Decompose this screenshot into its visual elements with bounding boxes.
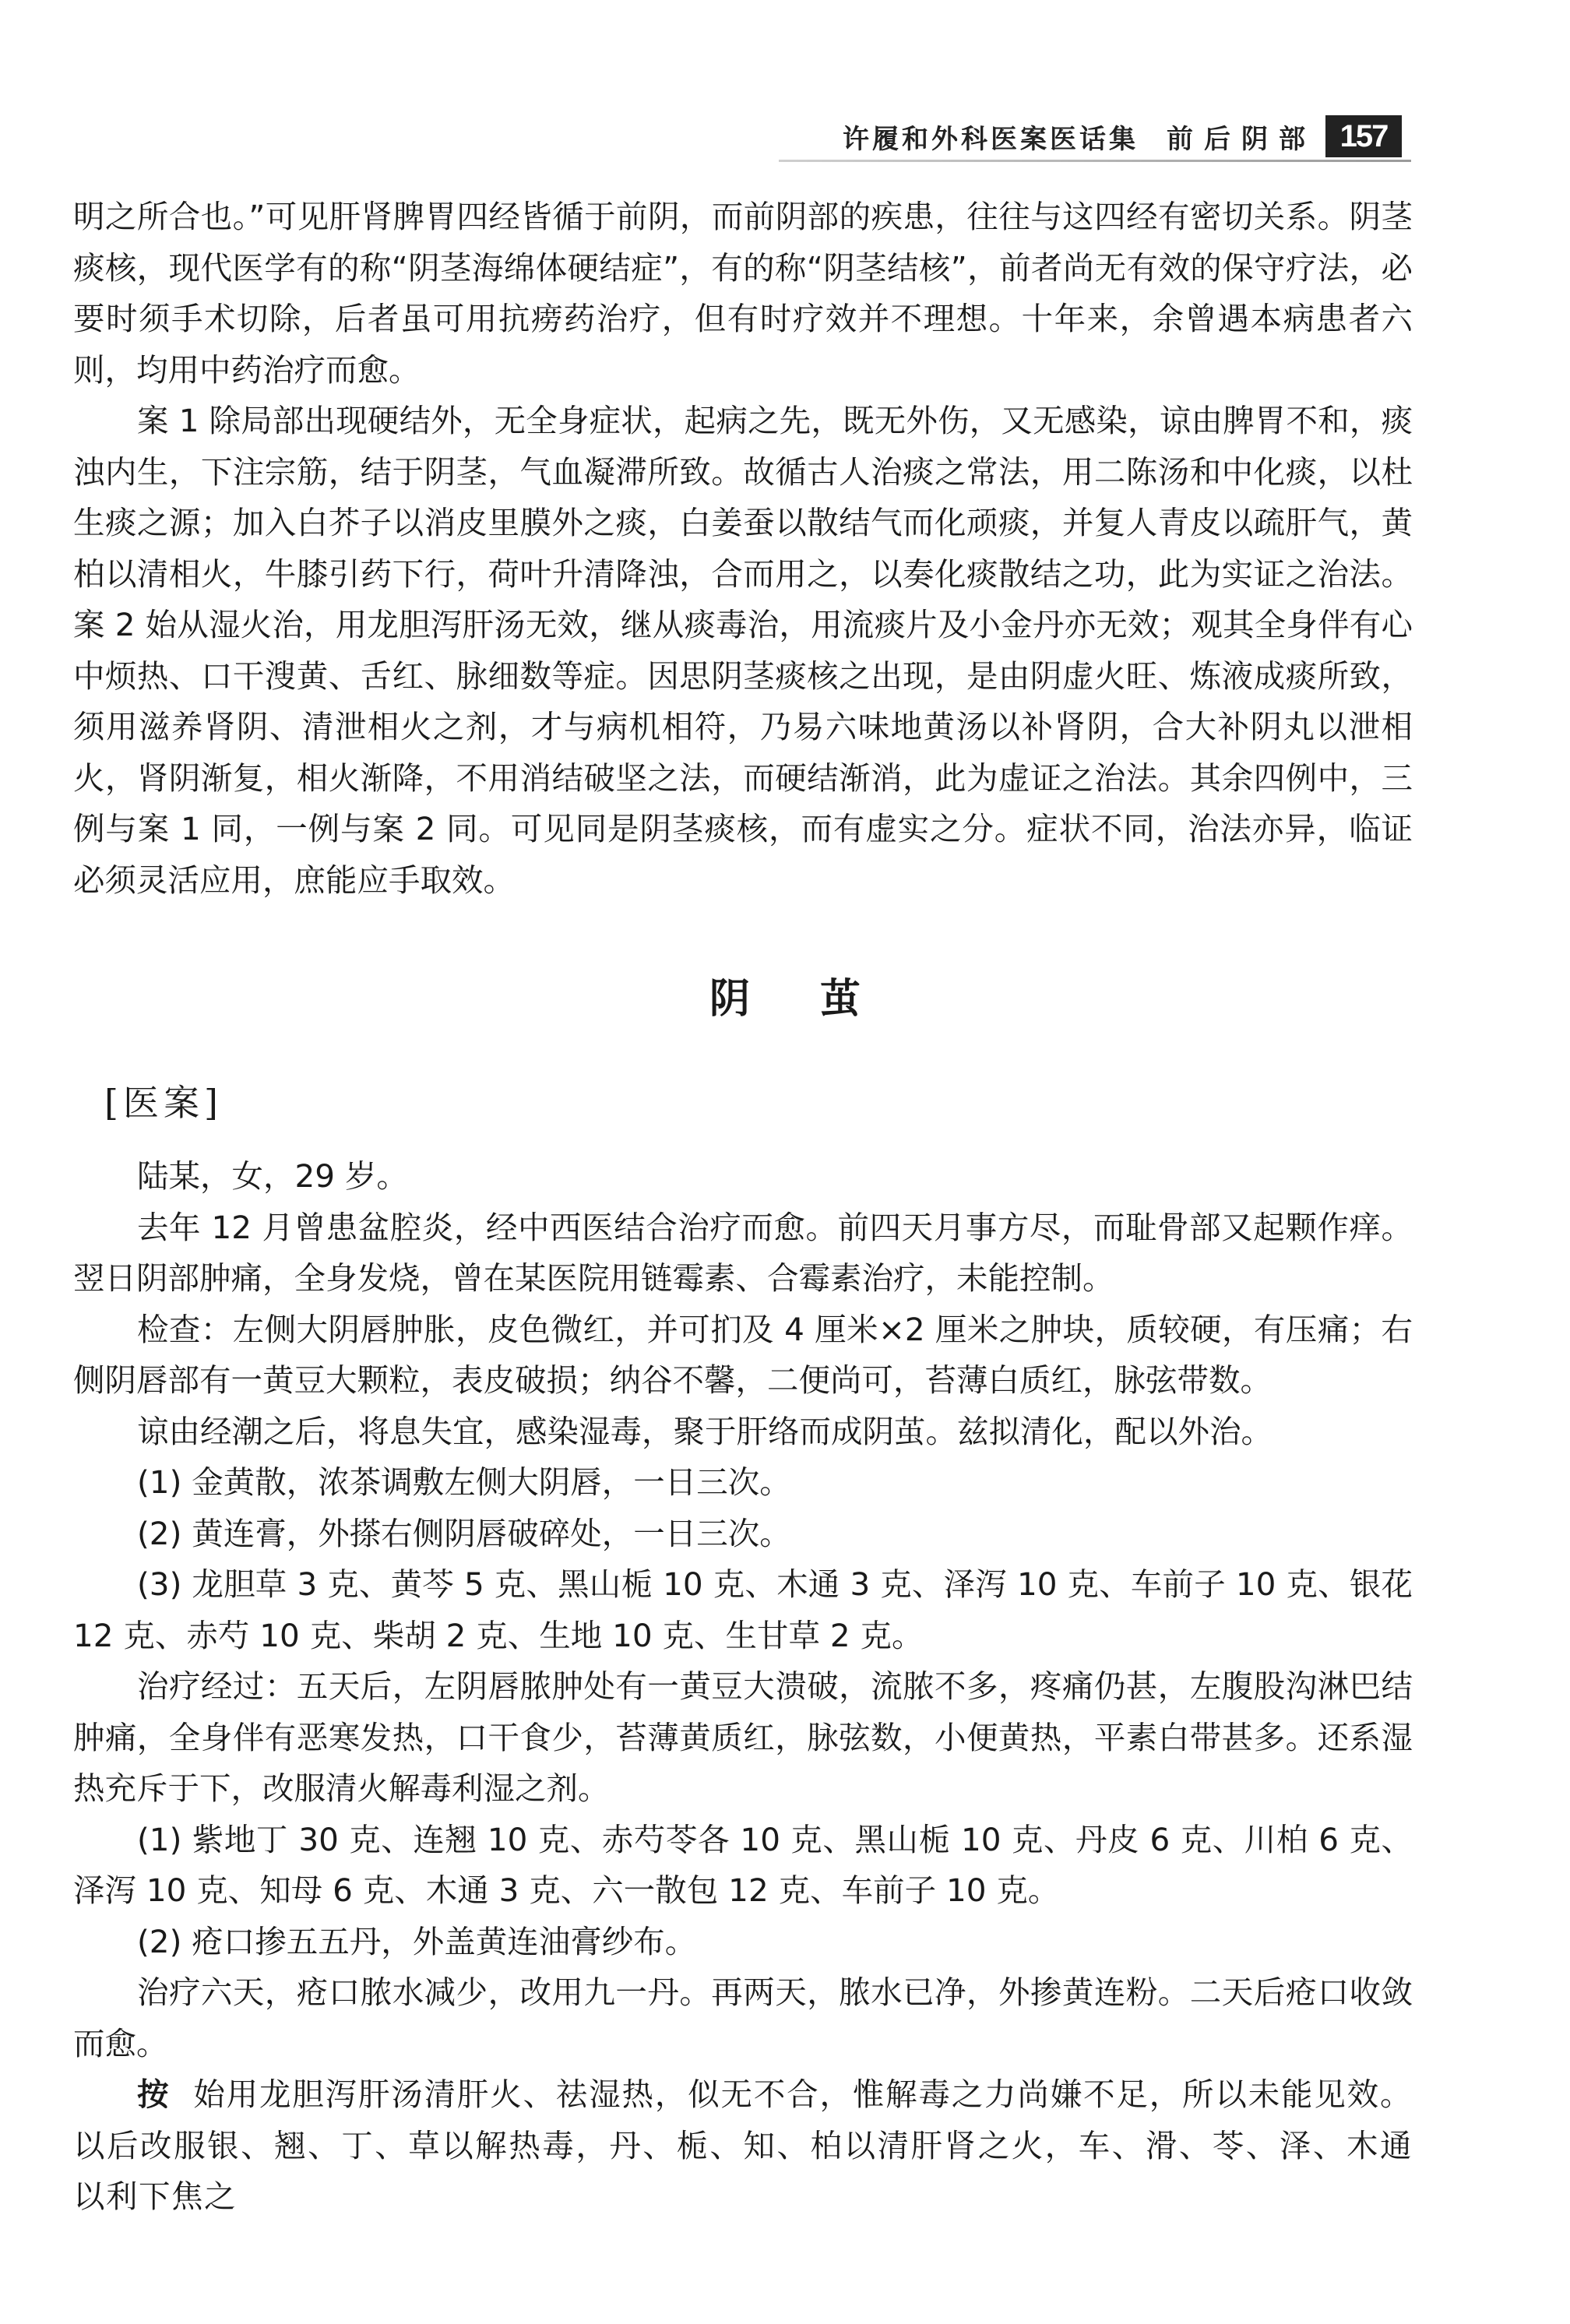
paragraph: 治疗经过：五天后，左阴唇脓肿处有一黄豆大溃破，流脓不多，疼痛仍甚，左腹股沟淋巴结… <box>73 1661 1413 1815</box>
paragraph: (2) 疮口掺五五丹，外盖黄连油膏纱布。 <box>73 1917 1413 1968</box>
commentary: 按始用龙胆泻肝汤清肝火、祛湿热，似无不合，惟解毒之力尚嫌不足，所以未能见效。以后… <box>73 2069 1413 2223</box>
intro-text: 明之所合也。”可见肝肾脾胃四经皆循于前阴，而前阴部的疾患，往往与这四经有密切关系… <box>73 192 1413 906</box>
commentary-text: 始用龙胆泻肝汤清肝火、祛湿热，似无不合，惟解毒之力尚嫌不足，所以未能见效。以后改… <box>73 2076 1413 2215</box>
commentary-label: 按 <box>137 2076 170 2113</box>
subheading-medical-case: [医案] <box>104 1075 223 1126</box>
page-number-badge: 157 <box>1325 115 1402 157</box>
paragraph: 案 1 除局部出现硬结外，无全身症状，起病之先，既无外伤，又无感染，谅由脾胃不和… <box>73 396 1413 906</box>
paragraph: (3) 龙胆草 3 克、黄芩 5 克、黑山栀 10 克、木通 3 克、泽泻 10… <box>73 1559 1413 1661</box>
section-title: 阴茧 <box>0 966 1570 1024</box>
case-text: 陆某，女，29 岁。 去年 12 月曾患盆腔炎，经中西医结合治疗而愈。前四天月事… <box>73 1151 1413 2223</box>
section-title-char: 茧 <box>820 976 861 1023</box>
header-rule <box>779 160 1411 162</box>
paragraph: (1) 金黄散，浓茶调敷左侧大阴唇，一日三次。 <box>73 1457 1413 1509</box>
paragraph: (1) 紫地丁 30 克、连翘 10 克、赤芍苓各 10 克、黑山栀 10 克、… <box>73 1815 1413 1917</box>
section-title-char: 阴 <box>709 976 750 1023</box>
section-name: 前后阴部 <box>1167 118 1316 156</box>
paragraph: 明之所合也。”可见肝肾脾胃四经皆循于前阴，而前阴部的疾患，往往与这四经有密切关系… <box>73 192 1413 396</box>
paragraph: 陆某，女，29 岁。 <box>73 1151 1413 1202</box>
paragraph: 检查：左侧大阴唇肿胀，皮色微红，并可扪及 4 厘米×2 厘米之肿块，质较硬，有压… <box>73 1305 1413 1407</box>
book-title: 许履和外科医案医话集 <box>843 118 1139 156</box>
paragraph: (2) 黄连膏，外搽右侧阴唇破碎处，一日三次。 <box>73 1509 1413 1560</box>
paragraph: 去年 12 月曾患盆腔炎，经中西医结合治疗而愈。前四天月事方尽，而耻骨部又起颗作… <box>73 1202 1413 1305</box>
paragraph: 治疗六天，疮口脓水减少，改用九一丹。再两天，脓水已净，外掺黄连粉。二天后疮口收敛… <box>73 1967 1413 2069</box>
paragraph: 谅由经潮之后，将息失宜，感染湿毒，聚于肝络而成阴茧。兹拟清化，配以外治。 <box>73 1407 1413 1458</box>
running-header: 许履和外科医案医话集 前后阴部 157 <box>779 117 1402 156</box>
